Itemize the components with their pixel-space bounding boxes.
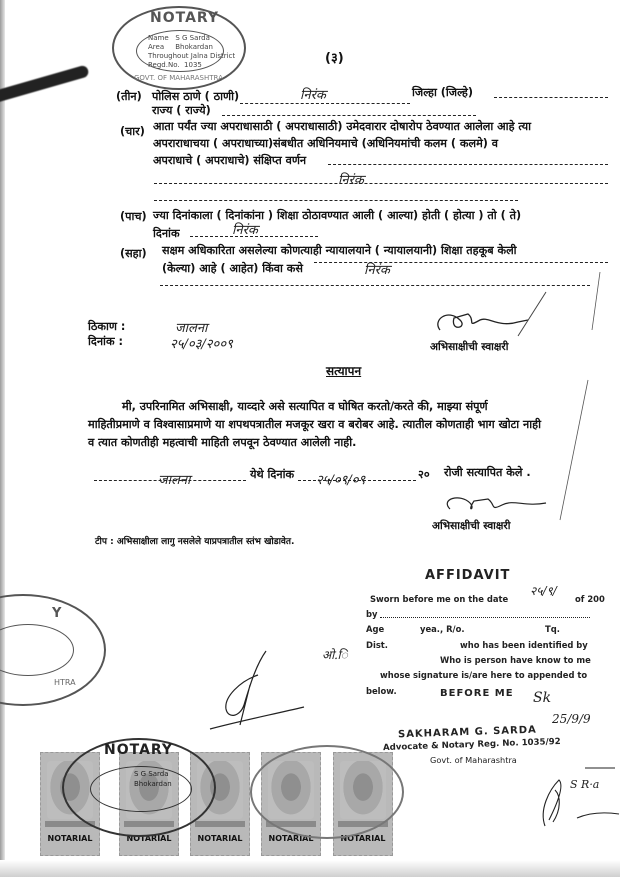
date-label: दिनांक : (88, 335, 123, 349)
affidavit-notary-govt: Govt. of Maharashtra (430, 755, 517, 765)
item-four-number: (चार) (120, 125, 145, 139)
verification-place-value: जालना (158, 470, 190, 488)
item-three-number: (तीन) (116, 90, 142, 104)
item-six-value: निरंक (364, 260, 390, 278)
item-three-district-label: जिल्हा (जिल्हे) (412, 86, 473, 100)
affidavit-age-label: Age (366, 624, 384, 634)
seal-bottom-text: GOVT. OF MAHARASHTRA (134, 74, 223, 82)
verification-year-prefix: २० (418, 468, 430, 482)
affidavit-before-me: BEFORE ME (440, 688, 514, 699)
scan-left-edge (0, 0, 5, 877)
verification-at-label: येथे दिनांक (250, 468, 294, 482)
item-five-value: निरंक (232, 220, 258, 238)
seal-name-value: S G Sarda (175, 34, 210, 42)
seal-area-value: Bhokardan (175, 43, 213, 51)
affidavit-dist-tail: who has been identified by (460, 640, 588, 650)
verification-line2: माहितीप्रमाणे व विश्वासाप्रमाणे या शपथपत… (88, 416, 541, 433)
dash-line (494, 97, 608, 98)
notary-seal-bottom: NOTARY S G Sarda Bhokardan (62, 738, 216, 837)
verification-line3: व त्यात कोणतीही महत्वाची माहिती लपवून ठे… (88, 434, 356, 451)
signature-caption-2: अभिसाक्षीची स्वाक्षरी (432, 519, 510, 533)
verification-line1: मी, उपरिनामित अभिसाक्षी, याव्दारे असे सत… (122, 398, 488, 415)
handwritten-margin-note: ओ.ि (322, 646, 348, 663)
verification-heading: सत्यापन (326, 362, 361, 379)
affidavit-notary-initials: Sk (533, 690, 551, 706)
notary-seal-top: NOTARY Name S G Sarda Area Bhokardan Thr… (112, 6, 246, 90)
signature-notary-right (525, 760, 620, 830)
seal-reg-label: Regd.No. (148, 61, 180, 69)
dash-line (154, 183, 608, 184)
item-six-number: (सहा) (120, 247, 147, 261)
binder-strip (0, 64, 90, 103)
seal-name-label: Name (148, 34, 169, 42)
item-five-number: (पाच) (120, 210, 147, 224)
handwritten-initials: S R·a (570, 778, 599, 791)
affidavit-sworn-date: २५/९/ (530, 582, 557, 599)
notary-seal-partial: Y HTRA (0, 594, 106, 706)
police-station-value: निरंक (300, 85, 326, 103)
item-four-line1: आता पर्यंत ज्या अपराधासाठी ( अपराधासाठी)… (153, 120, 531, 134)
affidavit-hand-date: 25/9/9 (552, 712, 591, 726)
signature-notary-scribble (200, 645, 310, 735)
page-number: (३) (325, 48, 344, 66)
item-four-line2: अपराराधाचया ( अपराधाच्या)संबधीत अधिनियमा… (153, 137, 498, 151)
footnote: टीप : अभिसाक्षीला लागु नसलेले याप्रपत्रा… (95, 534, 294, 547)
item-five-line1: ज्या दिनांकाला ( दिनांकांना ) शिक्षा ठोठ… (153, 209, 521, 223)
item-four-line3: अपराधाचे ( अपराधाचे) संक्षिप्त वर्णन (153, 154, 306, 168)
dash-line (160, 285, 590, 286)
item-six-line2: (केल्या) आहे ( आहेत) किंवा कसे (162, 262, 303, 276)
dash-line (328, 164, 608, 165)
item-five-date-label: दिनांक (153, 227, 180, 241)
dash-line (314, 262, 608, 263)
affidavit-below: below. (366, 686, 397, 696)
signature-caption-1: अभिसाक्षीची स्वाक्षरी (430, 340, 508, 354)
seal-area-label: Area (148, 43, 164, 51)
affidavit-sworn-line: Sworn before me on the date (370, 594, 508, 604)
affidavit-dist-label: Dist. (366, 640, 388, 650)
dash-line (222, 115, 476, 116)
date-value: २५/०३/२००९ (170, 334, 233, 352)
item-six-line1: सक्षम अधिकारिता असलेल्या कोणत्याही न्याय… (162, 244, 517, 258)
item-three-police-label: पोलिस ठाणे ( ठाणी) (152, 90, 239, 104)
affidavit-signature-line: whose signature is/are here to appended … (380, 670, 587, 680)
item-four-value: निरंक (338, 170, 364, 188)
affidavit-title: AFFIDAVIT (425, 568, 510, 583)
affidavit-who-line: Who is person have know to me (440, 655, 591, 665)
margin-slash (530, 270, 610, 530)
place-label: ठिकाण : (88, 320, 125, 334)
affidavit-sworn-year: of 200 (575, 594, 605, 604)
seal-reg-value: 1035 (184, 61, 202, 69)
verification-suffix: रोजी सत्यापित केले . (444, 466, 531, 480)
seal-through-label: Throughout (148, 52, 189, 60)
affidavit-tq-label: Tq. (545, 624, 560, 634)
seal-through-value: Jalna District (191, 52, 235, 60)
bottom-edge (0, 860, 620, 877)
dash-line (154, 200, 518, 201)
verification-date-value: २५/०९/०९ (316, 470, 365, 488)
item-three-state-label: राज्य ( राज्ये) (152, 104, 211, 118)
dash-line (380, 617, 590, 618)
dash-line (240, 103, 410, 104)
affidavit-by-label: by (366, 609, 377, 619)
notary-seal-title: NOTARY (150, 10, 219, 26)
affidavit-age-unit: yea., R/o. (420, 624, 465, 634)
notary-seal-bottom-faint (250, 745, 404, 839)
